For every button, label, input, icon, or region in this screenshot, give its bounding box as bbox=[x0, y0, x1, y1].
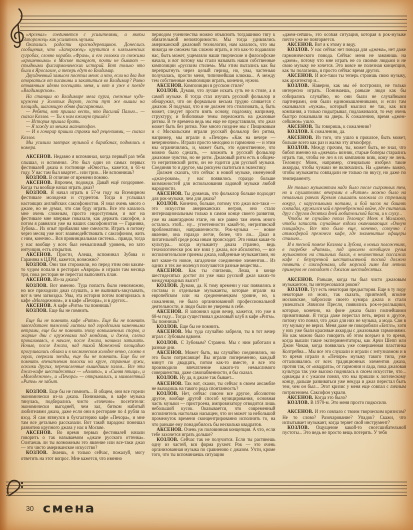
speaker-label: АКСЕНОВ. bbox=[287, 136, 315, 141]
speaker-label: КОЗЛОВ. bbox=[287, 146, 311, 151]
dialogue-paragraph: КОЗЛОВ. У нас сейчас нет повода для «дже… bbox=[282, 48, 406, 74]
speaker-label: КОЗЛОВ. bbox=[287, 288, 310, 293]
speaker-label: АКСЕНОВ. bbox=[26, 181, 54, 186]
narrative-paragraph: Мы усилили завтрак музыкой в барабанах, … bbox=[21, 141, 145, 151]
text-column-1: «Арсенал» соединяется с усилителями, а я… bbox=[21, 33, 145, 474]
dialogue-paragraph: КОЗЛОВ. В 1970-м. Это меня просто подкос… bbox=[282, 401, 406, 406]
speaker-label: КОЗЛОВ. bbox=[287, 401, 310, 406]
speaker-label: КОЗЛОВ. bbox=[287, 48, 310, 53]
dialogue-paragraph: АКСЕНОВ. Во время первых фестивалей нача… bbox=[21, 431, 145, 452]
dialogue-paragraph: АКСЕНОВ. Как ты считаешь, Леша, в конце … bbox=[152, 269, 276, 284]
speaker-label: АКСЕНОВ. bbox=[26, 431, 57, 436]
speaker-label: КОЗЛОВ. bbox=[26, 309, 49, 314]
speaker-label: АКСЕНОВ. bbox=[157, 310, 185, 315]
dialogue-paragraph: КОЗЛОВ. С Зубовым? Странно. Мы с ним раб… bbox=[152, 341, 276, 351]
speaker-label: КОЗЛОВ. bbox=[157, 341, 181, 346]
dialogue-paragraph: КОЗЛОВ. Конечно, больше, потому что джаз… bbox=[152, 202, 276, 269]
dialogue-paragraph: АКСЕНОВ. Из того, что ушло в прошлое, бы… bbox=[282, 136, 406, 146]
dialogue-paragraph: АКСЕНОВ. И это совпало с твоим творчески… bbox=[282, 410, 406, 425]
dialogue-paragraph: АКСЕНОВ. Ты думаешь, что фольклор больше… bbox=[152, 192, 276, 202]
dialogue-paragraph: КОЗЛОВ. Еще бы не помнить. bbox=[21, 309, 145, 314]
speaker-label: АКСЕНОВ. bbox=[157, 330, 185, 335]
speaker-label: АКСЕНОВ. bbox=[287, 74, 315, 79]
speaker-label: КОЗЛОВ. bbox=[287, 426, 316, 431]
dialogue-paragraph: КОЗЛОВ. Они там сторожили, но перед этим… bbox=[21, 263, 145, 278]
speaker-label: КОЗЛОВ. bbox=[26, 390, 49, 395]
speaker-label: АКСЕНОВ. bbox=[26, 155, 54, 160]
dialogue-paragraph: КОЗЛОВ. Наверно, как мы её построили, не… bbox=[282, 84, 406, 125]
staff-lines bbox=[6, 476, 407, 502]
speaker-label: КОЗЛОВ. bbox=[157, 392, 182, 397]
speaker-label: КОЗЛОВ. bbox=[287, 84, 312, 89]
narrative-paragraph: «Арсенал» соединяется с усилителями, а я… bbox=[21, 33, 145, 43]
dialogue-paragraph: КОЗЛОВ. Сейчас так не получится. Если ты… bbox=[152, 438, 276, 459]
speaker-label: КОЗЛОВ. bbox=[157, 89, 181, 94]
bottom-music-staff bbox=[6, 476, 407, 502]
dialogue-paragraph: АКСЕНОВ. Мы туда случайно забрели, ты в … bbox=[152, 330, 276, 340]
dialogue-paragraph: АКСЕНОВ. Впрочем, подожди. Давай ещё поз… bbox=[21, 181, 145, 191]
scan-gutter bbox=[0, 0, 8, 530]
text-column-3: «джем-сейшн», это особая ситуация, котор… bbox=[282, 33, 406, 474]
page-footer: 30 смена bbox=[26, 501, 95, 517]
speaker-label: КОЗЛОВ. bbox=[157, 284, 180, 289]
speaker-label: АКСЕНОВ. bbox=[157, 269, 189, 274]
dialogue-paragraph: АКСЕНОВ. Недавно я вспоминал, когда перв… bbox=[21, 155, 145, 176]
speaker-label: АКСЕНОВ. bbox=[157, 192, 185, 197]
narrative-paragraph: — И в гонорар пришли справки над рецензи… bbox=[21, 130, 145, 140]
dialogue-paragraph: АКСЕНОВ. Может быть, вы случайно соедини… bbox=[152, 351, 276, 377]
dialogue-paragraph: КОЗЛОВ. Я начал играть в 57-м году на Вс… bbox=[21, 191, 145, 253]
speaker-label: АКСЕНОВ. bbox=[287, 278, 317, 283]
dialogue-paragraph: КОЗЛОВ. Тут есть некоторая предыстория. … bbox=[282, 288, 406, 396]
narrative-paragraph: Чтобы не случайно попал Телониус Монк в … bbox=[282, 217, 406, 243]
speaker-label: КОЗЛОВ. bbox=[157, 438, 181, 443]
speaker-label: КОЗЛОВ. bbox=[26, 263, 49, 268]
dialogue-paragraph: АКСЕНОВ. Очень уж половинная концепция. … bbox=[152, 428, 276, 438]
page-number: 30 bbox=[26, 506, 34, 513]
dialogue-paragraph: АКСЕНОВ. Я запомнил один вечер, кажется,… bbox=[152, 310, 276, 325]
paragraph: «джем-сейшн», это особая ситуация, котор… bbox=[282, 33, 406, 43]
dialogue-paragraph: КОЗЛОВ. Еще бы не помнить... В общем, он… bbox=[21, 390, 145, 431]
narrative-paragraph: Двухдневный замысел посетил меня: а что,… bbox=[21, 74, 145, 95]
dialogue-paragraph: АКСЕНОВ. Так вот, скажи, ты сейчас в сво… bbox=[152, 382, 276, 392]
speaker-label: КОЗЛОВ. bbox=[26, 451, 52, 456]
narrative-paragraph: Оказались радости краснодеревщиков. Доне… bbox=[21, 43, 145, 74]
dialogue-paragraph: АКСЕНОВ. И все-таки ты теперь строишь св… bbox=[282, 74, 406, 84]
dialogue-paragraph: КОЗЛОВ. Вот именно. Туда попасть было не… bbox=[21, 284, 145, 305]
dialogue-paragraph: АКСЕНОВ. Раньше, когда ты был чисто джаз… bbox=[282, 278, 406, 288]
speaker-label: КОЗЛОВ. bbox=[157, 202, 180, 207]
text-column-2: периодом ученичества можно объяснить тог… bbox=[152, 33, 276, 474]
dialogue-paragraph: КОЗЛОВ. Знаешь, я только сейчас, пожалуй… bbox=[21, 451, 145, 461]
dialogue-paragraph: КОЗЛОВ. Думаю, да. К тому времени у нас … bbox=[152, 284, 276, 310]
dialogue-paragraph: КОЗЛОВ. Ощущение какой-то сногсшибательн… bbox=[282, 426, 406, 436]
bass-clef-icon bbox=[8, 481, 23, 496]
speaker-label: КОЗЛОВ. bbox=[26, 191, 51, 196]
dialogue-paragraph: КОЗЛОВ. Между прочим, ты, может быть, не… bbox=[282, 146, 406, 182]
speaker-label: КОЗЛОВ. bbox=[26, 284, 50, 289]
narrative-paragraph: Еще бы не помнить кафе «Ритм». Еще бы не… bbox=[21, 319, 145, 386]
speaker-label: АКСЕНОВ. bbox=[157, 351, 185, 356]
speaker-label: АКСЕНОВ. bbox=[157, 428, 184, 433]
dialogue-paragraph: АКСЕНОВ. Прости, Алеша, вспоминал Зубова… bbox=[21, 253, 145, 263]
dialogue-paragraph: КОЗЛОВ. Нет, сейчас совсем все другое, а… bbox=[152, 392, 276, 428]
magazine-page: «Арсенал» соединяется с усилителями, а я… bbox=[0, 0, 413, 530]
speaker-label: АКСЕНОВ. bbox=[157, 382, 185, 387]
speaker-label: АКСЕНОВ. bbox=[287, 410, 314, 415]
narrative-paragraph: И в тесной помехе Козлова и Зубова, в но… bbox=[282, 243, 406, 274]
narrative-paragraph: — Ребята, вот пришла весть, что Василий … bbox=[21, 110, 145, 120]
speaker-label: АКСЕНОВ. bbox=[26, 253, 57, 258]
narrative-paragraph: Не только музыкантам надо было после сыг… bbox=[282, 186, 406, 217]
article-columns: «Арсенал» соединяется с усилителями, а я… bbox=[21, 33, 406, 474]
paragraph: периодом ученичества можно объяснить тог… bbox=[152, 33, 276, 84]
dialogue-paragraph: КОЗЛОВ. Думаю, что лучше искать суть не … bbox=[152, 89, 276, 171]
paragraph: Должен сказать, что сейчас в новой музык… bbox=[152, 171, 276, 192]
magazine-logo: смена bbox=[43, 502, 96, 517]
narrative-paragraph: На станции во Владимире мела пурга, снеж… bbox=[21, 95, 145, 110]
